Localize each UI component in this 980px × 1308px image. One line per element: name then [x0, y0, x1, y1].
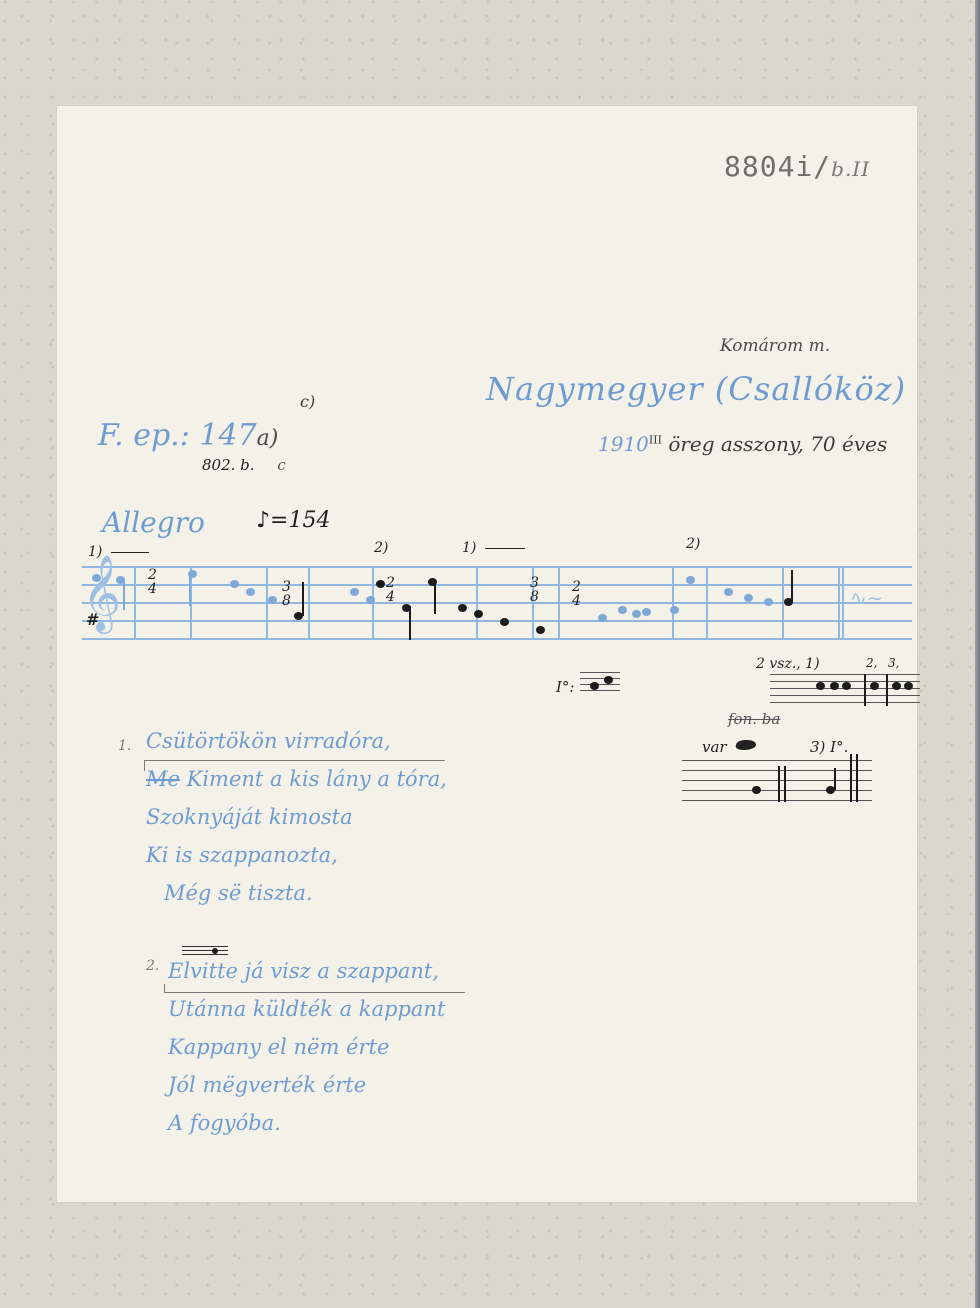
note — [350, 588, 359, 596]
time-signature: 24 — [572, 580, 581, 608]
variant-label-third: 3) I°. — [810, 738, 848, 756]
staff-line — [182, 950, 228, 951]
staff-line — [82, 584, 912, 586]
variant-staff-first — [580, 672, 620, 696]
note — [642, 608, 651, 616]
key-signature-sharp: # — [86, 610, 99, 629]
bar-line — [838, 566, 840, 638]
catalog-variant: a) — [257, 426, 279, 451]
verse-1-number: 1. — [118, 738, 131, 754]
lyric-line: Kappany el nëm érte — [168, 1028, 445, 1066]
variant-mark-1: 2) — [374, 540, 388, 556]
lyric-line: Me Kiment a kis lány a tóra, — [146, 760, 447, 798]
note — [246, 588, 255, 596]
squiggle-mark: ∿∼ — [850, 586, 884, 610]
note — [230, 580, 239, 588]
staff-line — [682, 780, 872, 781]
bar-line — [558, 566, 560, 638]
staff-line — [580, 684, 620, 685]
staff-line — [682, 790, 872, 791]
scan-edge — [975, 0, 980, 1308]
lyric-line: Ki is szappanozta, — [146, 836, 447, 874]
village-title: Nagymegyer (Csallóköz) — [486, 370, 906, 408]
lyric-line: Még së tiszta. — [146, 874, 447, 912]
archive-handwritten-suffix: b.II — [831, 157, 870, 181]
ending-bracket-line — [111, 552, 149, 553]
catalog-sub-fraction: c — [277, 456, 285, 474]
lyric-line: Utánna küldték a kappant — [168, 990, 445, 1028]
archive-suffix: i/ — [795, 150, 831, 183]
note — [632, 610, 641, 618]
note — [604, 676, 613, 684]
verse-2-number: 2. — [146, 958, 159, 974]
time-signature: 24 — [148, 568, 157, 596]
variant-label-second: 2 vsz., 1) — [756, 656, 820, 672]
singer-info: öreg asszony, 70 éves — [668, 432, 887, 456]
bar-line — [134, 566, 136, 638]
staff-line — [770, 702, 920, 703]
note — [764, 598, 773, 606]
lyric-line: Csütörtökön virradóra, — [146, 722, 447, 760]
note-stem — [834, 768, 836, 790]
note — [670, 606, 679, 614]
time-signature: 38 — [282, 580, 291, 608]
note-stem — [302, 582, 304, 616]
bar-line — [672, 566, 674, 638]
catalog-subreference: 802. b. c — [202, 456, 286, 474]
note-stem — [409, 606, 411, 640]
lyric-line: Jól mëgverték érte — [168, 1066, 445, 1104]
catalog-reference: F. ep.: 147a) — [98, 418, 278, 453]
music-staff: 𝄞 # 24 38 24 38 24 ∿∼ — [82, 566, 912, 638]
catalog-sub-text: 802. b. — [202, 456, 255, 474]
lyric-line: Elvitte já visz a szappant, — [168, 952, 445, 990]
note-stem — [434, 580, 436, 614]
staff-line — [682, 800, 872, 801]
lyric-line: Szoknyáját kimosta — [146, 798, 447, 836]
bar-line — [850, 754, 852, 802]
note — [752, 786, 761, 794]
note — [366, 596, 375, 604]
time-signature: 38 — [530, 576, 539, 604]
bar-line — [308, 566, 310, 638]
catalog-number: F. ep.: 147 — [98, 418, 257, 453]
time-signature: 24 — [386, 576, 395, 604]
note — [870, 682, 879, 690]
staff-line — [682, 760, 872, 761]
note — [268, 596, 277, 604]
bar-line — [784, 766, 786, 802]
bar-line — [706, 566, 708, 638]
note — [724, 588, 733, 596]
lyric-line: A fogyóba. — [168, 1104, 445, 1142]
staff-line — [770, 674, 920, 675]
lyric-line-text: Kiment a kis lány a tóra, — [187, 767, 447, 791]
variant-second-number-2: 3, — [888, 656, 899, 670]
staff-line — [580, 678, 620, 679]
verse-2-lyrics: Elvitte já visz a szappant, Utánna küldt… — [168, 952, 445, 1142]
bar-line — [778, 766, 780, 802]
note — [816, 682, 825, 690]
variant-staff-second — [770, 674, 920, 706]
note — [892, 682, 901, 690]
note-stem — [123, 580, 125, 610]
tempo-word: Allegro — [102, 506, 205, 539]
staff-line — [82, 638, 912, 640]
note — [618, 606, 627, 614]
catalog-note: c) — [300, 392, 315, 411]
ending-bracket-line-2 — [485, 548, 525, 549]
variant-label-first: I°: — [556, 678, 574, 696]
note — [590, 682, 599, 690]
variant-second-number-1: 2, — [866, 656, 877, 670]
staff-line — [580, 672, 620, 673]
note-stem — [791, 570, 793, 602]
archive-number: 8804 — [724, 150, 795, 183]
date-year: 1910 — [598, 432, 649, 456]
verse-1-lyrics: Csütörtökön virradóra, Me Kiment a kis l… — [146, 722, 447, 912]
note-stem — [189, 574, 191, 606]
note — [686, 576, 695, 584]
variant-mark-2-label: 1) — [462, 540, 476, 556]
staff-line — [580, 690, 620, 691]
note — [830, 682, 839, 690]
date-month: III — [649, 433, 662, 446]
bar-line — [476, 566, 478, 638]
county-label: Komárom m. — [720, 336, 830, 356]
note — [842, 682, 851, 690]
note — [744, 594, 753, 602]
note — [458, 604, 467, 612]
staff-line — [770, 695, 920, 696]
variant-mark-2: 1) — [462, 540, 525, 556]
var-label: var — [702, 738, 727, 756]
staff-line — [82, 620, 912, 622]
crossed-out-word: Me — [146, 767, 180, 791]
staff-line — [82, 566, 912, 568]
note — [376, 580, 385, 588]
bar-line — [886, 674, 888, 706]
note — [536, 626, 545, 634]
variant-staff-third — [682, 760, 872, 802]
note — [474, 610, 483, 618]
collection-date: 1910III öreg asszony, 70 éves — [598, 432, 887, 456]
crossed-out-note: fon. ba — [728, 710, 780, 728]
tempo-metronome: ♪=154 — [256, 508, 330, 533]
note — [598, 614, 607, 622]
bar-line — [864, 674, 866, 706]
note — [500, 618, 509, 626]
note — [904, 682, 913, 690]
bar-line — [266, 566, 268, 638]
bar-line — [856, 754, 858, 802]
staff-line — [682, 770, 872, 771]
archive-number-stamp: 8804i/b.II — [724, 150, 870, 183]
staff-line — [182, 946, 228, 947]
variant-mark-3: 2) — [686, 536, 700, 552]
note — [92, 574, 101, 582]
bar-line — [842, 566, 844, 638]
